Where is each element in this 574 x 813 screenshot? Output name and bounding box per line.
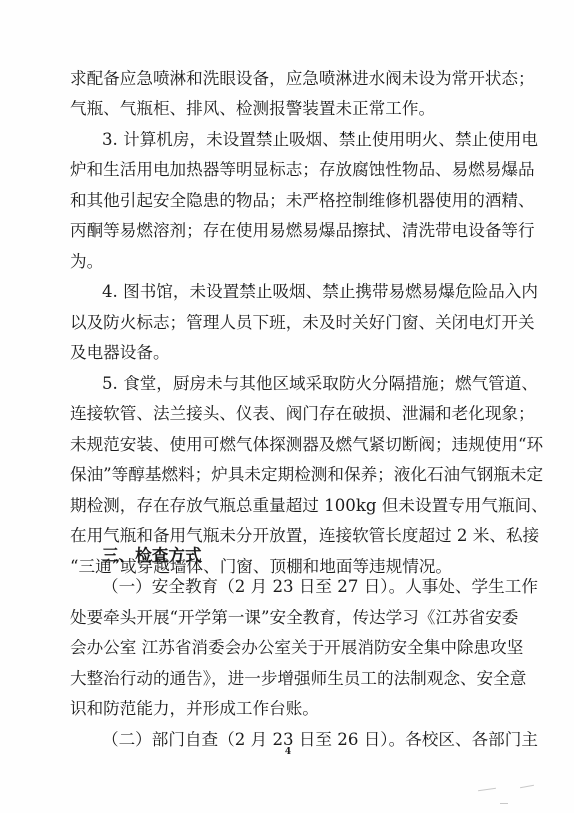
paragraph-line: 保油”等醇基燃料；炉具未定期检测和保养；液化石油气钢瓶未定 — [70, 460, 502, 490]
list-item-4-line: 4. 图书馆，未设置禁止吸烟、禁止携带易燃易爆危险品入内 — [102, 277, 502, 307]
paragraph-line: 求配备应急喷淋和洗眼设备，应急喷淋进水阀未设为常开状态； — [70, 64, 502, 94]
scan-speck — [478, 788, 496, 791]
paragraph-line: 气瓶、气瓶柜、排风、检测报警装置未正常工作。 — [70, 94, 502, 124]
page-number: 4 — [282, 747, 294, 757]
paragraph-line: 为。 — [70, 247, 502, 277]
subsection-1-line: （一）安全教育（2 月 23 日至 27 日）。人事处、学生工作 — [102, 572, 502, 602]
paragraph-line: 会办公室 江苏省消委会办公室关于开展消防安全集中除患攻坚 — [70, 633, 502, 663]
section-heading: 三、检查方式 — [102, 541, 202, 571]
scan-speck — [520, 785, 534, 788]
list-item-5-line: 5. 食堂，厨房未与其他区域采取防火分隔措施；燃气管道、 — [102, 369, 502, 399]
paragraph-line: 期检测，存在存放气瓶总重量超过 100kg 但未设置专用气瓶间、 — [70, 491, 502, 521]
paragraph-line: 处要牵头开展“开学第一课”安全教育，传达学习《江苏省安委 — [70, 603, 502, 633]
scan-speck — [500, 803, 508, 804]
paragraph-line: 丙酮等易燃溶剂；存在使用易燃易爆品擦拭、清洗带电设备等行 — [70, 216, 502, 246]
paragraph-line: 以及防火标志；管理人员下班，未及时关好门窗、关闭电灯开关 — [70, 308, 502, 338]
paragraph-line: 炉和生活用电加热器等明显标志；存放腐蚀性物品、易燃易爆品 — [70, 155, 502, 185]
paragraph-line: 大整治行动的通告》，进一步增强师生员工的法制观念、安全意 — [70, 664, 502, 694]
paragraph-line: 和其他引起安全隐患的物品；未严格控制维修机器使用的酒精、 — [70, 186, 502, 216]
paragraph-line: 及电器设备。 — [70, 338, 502, 368]
paragraph-line: 识和防范能力，并形成工作台账。 — [70, 694, 502, 724]
document-page: 求配备应急喷淋和洗眼设备，应急喷淋进水阀未设为常开状态； 气瓶、气瓶柜、排风、检… — [0, 0, 574, 813]
list-item-3-line: 3. 计算机房，未设置禁止吸烟、禁止使用明火、禁止使用电 — [102, 125, 502, 155]
subsection-2-line: （二）部门自查（2 月 23 日至 26 日）。各校区、各部门主 — [102, 725, 502, 755]
paragraph-line: 连接软管、法兰接头、仪表、阀门存在破损、泄漏和老化现象； — [70, 399, 502, 429]
paragraph-line: 未规范安装、使用可燃气体探测器及燃气紧切断阀；违规使用“环 — [70, 430, 502, 460]
